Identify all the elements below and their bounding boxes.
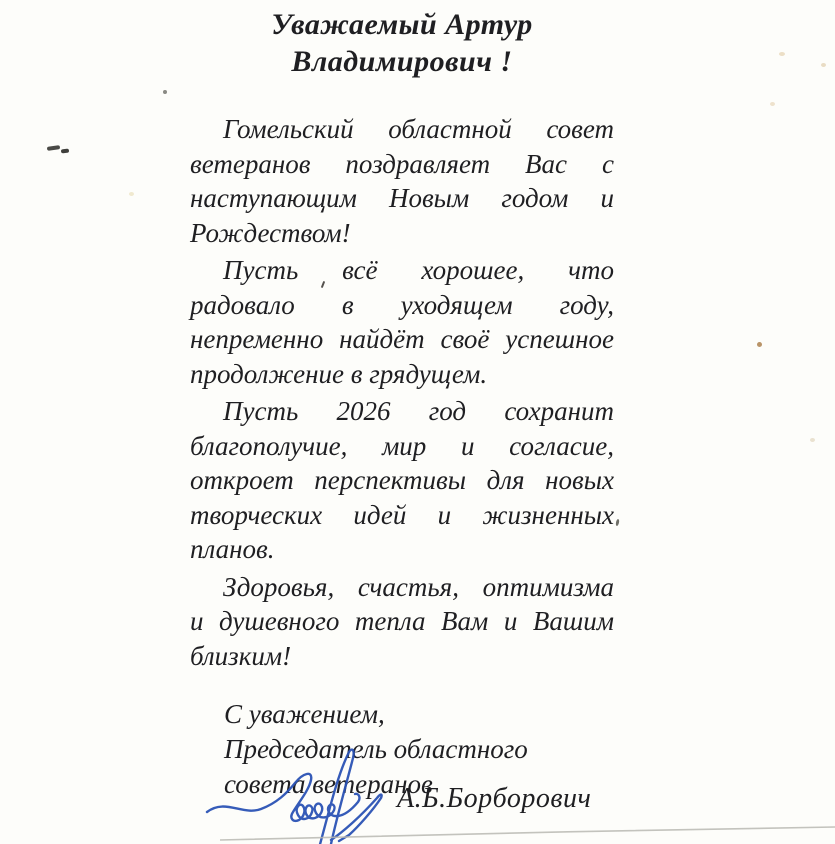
paper-edge-line bbox=[0, 818, 835, 844]
paragraph-wishes-2: Пусть 2026 год сохранит благополучие, ми… bbox=[190, 394, 614, 567]
paragraph-greeting: Гомельский областной совет ветеранов поз… bbox=[190, 112, 614, 250]
scan-speck bbox=[61, 149, 69, 154]
body-line: продолжение в грядущем. bbox=[190, 357, 614, 392]
body-line: близким! bbox=[190, 639, 614, 674]
paragraph-wishes-3: Здоровья, счастья, оптимизма и душевного… bbox=[190, 570, 614, 674]
body-line: творческих идей и жизненных bbox=[190, 498, 614, 533]
scan-speck bbox=[129, 192, 134, 196]
body-line: Здоровья, счастья, оптимизма bbox=[190, 570, 614, 605]
body-line: Гомельский областной совет bbox=[190, 112, 614, 147]
body-line: благополучие, мир и согласие, bbox=[190, 429, 614, 464]
scan-speck bbox=[770, 102, 775, 106]
paragraph-wishes-1: Пусть всё хорошее, что радовало в уходящ… bbox=[190, 253, 614, 391]
body-line: наступающим Новым годом и bbox=[190, 181, 614, 216]
body-line: радовало в уходящем году, bbox=[190, 288, 614, 323]
scanned-letter-page: Уважаемый Артур Владимирович ! Гомельски… bbox=[0, 0, 835, 844]
body-line: Рождеством! bbox=[190, 216, 614, 251]
body-line: Пусть всё хорошее, что bbox=[190, 253, 614, 288]
body-line: планов. bbox=[190, 532, 614, 567]
scan-speck bbox=[810, 438, 815, 442]
scan-speck bbox=[779, 52, 785, 56]
heading-line-1: Уважаемый Артур bbox=[190, 6, 614, 43]
scan-speck bbox=[821, 63, 826, 67]
heading-line-2: Владимирович ! bbox=[190, 43, 614, 80]
body-line: и душевного тепла Вам и Вашим bbox=[190, 604, 614, 639]
scan-speck bbox=[163, 90, 167, 94]
body-line: ветеранов поздравляет Вас с bbox=[190, 147, 614, 182]
letter-body: Гомельский областной совет ветеранов поз… bbox=[190, 112, 614, 676]
body-line: Пусть 2026 год сохранит bbox=[190, 394, 614, 429]
body-line: непременно найдёт своё успешное bbox=[190, 322, 614, 357]
body-line: откроет перспективы для новых bbox=[190, 463, 614, 498]
scan-speck bbox=[757, 342, 762, 347]
scan-speck bbox=[47, 145, 60, 151]
signatory-name: А.Б.Борборович bbox=[397, 783, 591, 815]
closing-line-regards: С уважением, bbox=[224, 697, 624, 732]
letter-heading: Уважаемый Артур Владимирович ! bbox=[190, 6, 614, 80]
scan-speck bbox=[615, 519, 619, 526]
